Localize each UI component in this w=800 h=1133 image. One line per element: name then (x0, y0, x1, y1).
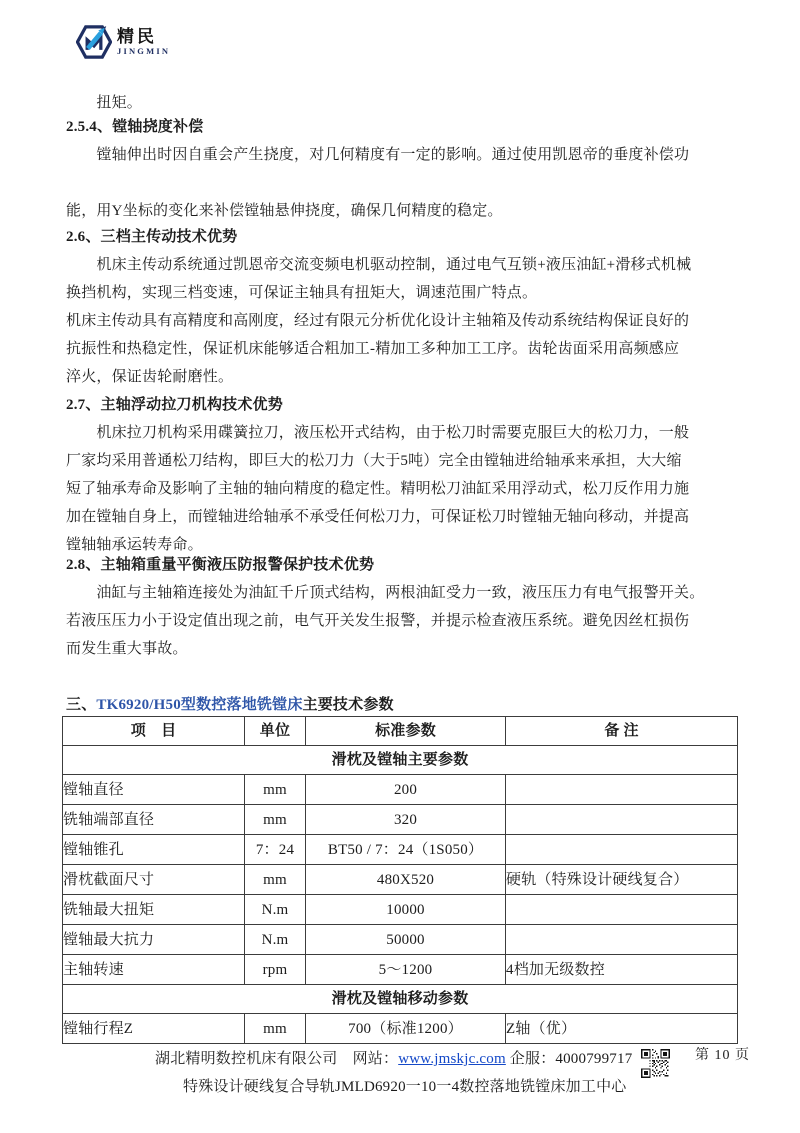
table-row: 滑枕截面尺寸 mm 480X520 硬轨（特殊设计硬线复合） (63, 865, 738, 895)
spec-table-title-suffix: 主要技术参数 (303, 697, 394, 713)
cell-unit: mm (245, 775, 306, 805)
heading-2-5-4: 2.5.4、镗轴挠度补偿 (66, 113, 738, 141)
cell-remark (506, 835, 738, 865)
page-number: 第 10 页 (695, 1044, 750, 1064)
body-line: 机床主传动系统通过凯恩帝交流变频电机驱动控制，通过电气互锁+液压油缸+滑移式机械 (66, 251, 738, 279)
cell-standard: 700（标准1200） (306, 1014, 506, 1044)
document-body: 扭矩。 2.5.4、镗轴挠度补偿 镗轴伸出时因自重会产生挠度，对几何精度有一定的… (66, 89, 738, 1101)
spec-table-title-model: TK6920/H50型数控落地铣镗床 (96, 697, 302, 713)
table-row: 镗轴最大抗力 N.m 50000 (63, 925, 738, 955)
cell-item: 铣轴最大扭矩 (63, 895, 245, 925)
cell-remark: Z轴（优） (506, 1014, 738, 1044)
blank-line (66, 169, 738, 197)
cell-remark (506, 925, 738, 955)
table-row: 镗轴锥孔 7：24 BT50 / 7：24（1S050） (63, 835, 738, 865)
cell-unit: mm (245, 1014, 306, 1044)
cell-item: 主轴转速 (63, 955, 245, 985)
spec-table: 项 目 单位 标准参数 备 注 滑枕及镗轴主要参数 镗轴直径 mm 200 铣轴… (62, 716, 738, 1044)
cell-unit: mm (245, 865, 306, 895)
cell-remark (506, 775, 738, 805)
cell-standard: 10000 (306, 895, 506, 925)
heading-2-8: 2.8、主轴箱重量平衡液压防报警保护技术优势 (66, 551, 738, 579)
heading-2-7: 2.7、主轴浮动拉刀机构技术优势 (66, 391, 738, 419)
logo-wordmark: 精民 JINGMIN (117, 28, 170, 56)
table-section-row: 滑枕及镗轴主要参数 (63, 746, 738, 775)
heading-2-6: 2.6、三档主传动技术优势 (66, 223, 738, 251)
table-row: 镗轴行程Z mm 700（标准1200） Z轴（优） (63, 1014, 738, 1044)
cell-standard: 200 (306, 775, 506, 805)
body-line: 油缸与主轴箱连接处为油缸千斤顶式结构，两根油缸受力一致，液压压力有电气报警开关。 (66, 579, 738, 607)
body-line: 短了轴承寿命及影响了主轴的轴向精度的稳定性。精明松刀油缸采用浮动式，松刀反作用力… (66, 475, 738, 503)
blank-line (66, 663, 738, 691)
table-row: 主轴转速 rpm 5～1200 4档加无级数控 (63, 955, 738, 985)
body-line: 抗振性和热稳定性，保证机床能够适合粗加工-精加工多种加工工序。齿轮齿面采用高频感… (66, 335, 738, 363)
body-line: 若液压压力小于设定值出现之前，电气开关发生报警，并提示检查液压系统。避免因丝杠损… (66, 607, 738, 635)
footer-service-text: 企服：4000799717 (506, 1051, 633, 1067)
cell-unit: 7：24 (245, 835, 306, 865)
body-line: 换挡机构，实现三档变速，可保证主轴具有扭矩大，调速范围广特点。 (66, 279, 738, 307)
spec-table-title: 三、TK6920/H50型数控落地铣镗床主要技术参数 (66, 691, 738, 719)
cell-unit: N.m (245, 925, 306, 955)
footer-company-line: 湖北精明数控机床有限公司 网站：www.jmskjc.com 企服：400079… (66, 1045, 738, 1073)
section-label: 滑枕及镗轴主要参数 (63, 746, 738, 775)
brand-logo: 精民 JINGMIN (76, 24, 170, 60)
website-link[interactable]: www.jmskjc.com (398, 1051, 506, 1067)
cell-standard: 320 (306, 805, 506, 835)
logo-brand-cn: 精民 (117, 28, 170, 45)
cell-remark (506, 895, 738, 925)
cell-remark: 硬轨（特殊设计硬线复合） (506, 865, 738, 895)
cell-unit: mm (245, 805, 306, 835)
cell-standard: 50000 (306, 925, 506, 955)
logo-hexagon-icon (76, 24, 112, 60)
cell-standard: BT50 / 7：24（1S050） (306, 835, 506, 865)
body-line: 机床主传动具有高精度和高刚度，经过有限元分析优化设计主轴箱及传动系统结构保证良好… (66, 307, 738, 335)
col-header-unit: 单位 (245, 717, 306, 746)
spec-table-header-row: 项 目 单位 标准参数 备 注 (63, 717, 738, 746)
cell-item: 镗轴锥孔 (63, 835, 245, 865)
cell-item: 滑枕截面尺寸 (63, 865, 245, 895)
body-line: 镗轴伸出时因自重会产生挠度，对几何精度有一定的影响。通过使用凯恩帝的垂度补偿功 (66, 141, 738, 169)
col-header-remark: 备 注 (506, 717, 738, 746)
cell-remark (506, 805, 738, 835)
body-line: 而发生重大事故。 (66, 635, 738, 663)
logo-brand-en: JINGMIN (117, 47, 170, 56)
cell-remark: 4档加无级数控 (506, 955, 738, 985)
table-section-row: 滑枕及镗轴移动参数 (63, 985, 738, 1014)
body-line: 能，用Y坐标的变化来补偿镗轴悬伸挠度，确保几何精度的稳定。 (66, 197, 738, 225)
col-header-standard: 标准参数 (306, 717, 506, 746)
footer-company-text: 湖北精明数控机床有限公司 网站： (155, 1051, 398, 1067)
spec-table-title-prefix: 三、 (66, 697, 96, 713)
cell-item: 镗轴直径 (63, 775, 245, 805)
cell-item: 镗轴最大抗力 (63, 925, 245, 955)
table-row: 铣轴端部直径 mm 320 (63, 805, 738, 835)
cell-item: 镗轴行程Z (63, 1014, 245, 1044)
section-label: 滑枕及镗轴移动参数 (63, 985, 738, 1014)
cell-standard: 5～1200 (306, 955, 506, 985)
cell-item: 铣轴端部直径 (63, 805, 245, 835)
body-line: 机床拉刀机构采用碟簧拉刀，液压松开式结构，由于松刀时需要克服巨大的松刀力，一般 (66, 419, 738, 447)
body-line: 淬火，保证齿轮耐磨性。 (66, 363, 738, 391)
cell-unit: rpm (245, 955, 306, 985)
cell-standard: 480X520 (306, 865, 506, 895)
table-row: 镗轴直径 mm 200 (63, 775, 738, 805)
table-row: 铣轴最大扭矩 N.m 10000 (63, 895, 738, 925)
footer-product-line: 特殊设计硬线复合导轨JMLD6920一10一4数控落地铣镗床加工中心 (66, 1073, 738, 1101)
body-line: 厂家均采用普通松刀结构，即巨大的松刀力（大于5吨）完全由镗轴进给轴承来承担，大大… (66, 447, 738, 475)
col-header-item: 项 目 (63, 717, 245, 746)
cell-unit: N.m (245, 895, 306, 925)
body-line: 加在镗轴自身上，而镗轴进给轴承不承受任何松刀力，可保证松刀时镗轴无轴向移动，并提… (66, 503, 738, 531)
qr-code (641, 1049, 670, 1078)
